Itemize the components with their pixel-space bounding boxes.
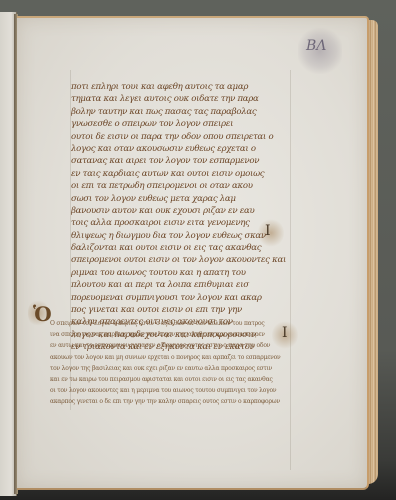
text-line: οι επι τα πετρωδη σπειρομενοι οι οταν ακ… <box>71 180 287 192</box>
decorated-initial: Ὁ <box>33 302 52 326</box>
commentary-line: και εν τω καιρω του πειρασμου αφισταται … <box>50 374 290 385</box>
text-line: δαλιζονται και ουτοι εισιν οι εις τας ακ… <box>71 242 287 254</box>
text-line: πορευομεναι συμπνιγουσι τον λογον και ακ… <box>71 292 287 304</box>
text-line: εν ταις καρδιαις αυτων και ουτοι εισιν ο… <box>71 168 287 180</box>
text-line: ουτοι δε εισιν οι παρα την οδον οπου σπε… <box>71 131 287 143</box>
text-line: πλουτου και αι περι τα λοιπα επιθυμιαι ε… <box>71 279 287 291</box>
stamp-mark: ΒΛ <box>306 38 326 54</box>
text-line: βολην ταυτην και πως πασας τας παραβολας <box>71 106 287 118</box>
text-line: ριμναι του αιωνος τουτου και η απατη του <box>71 267 287 279</box>
text-line: γνωσεσθε ο σπειρων τον λογον σπειρει <box>71 118 287 130</box>
commentary-line: τον λογον της βασιλειας και ουκ εχει ριζ… <box>50 363 290 374</box>
commentary-line: ακαρπος γινεται ο δε επι την γην την καλ… <box>50 396 290 407</box>
text-line: τοις αλλα προσκαιροι εισιν ειτα γενομενη… <box>71 217 287 229</box>
text-line: ποτι επληρι τουι και αφεθη αυτοις τα αμα… <box>71 81 287 93</box>
commentary-line: ινα σπειρη εις τας καρδιας ημων τον λογο… <box>50 329 290 340</box>
text-line: σωσι τον λογον ευθεως μετα χαρας λαμ <box>71 193 287 205</box>
commentary-line: Ο σπειρων τον λογον ο κυριος εστιν ο εξε… <box>50 318 290 329</box>
commentary-block: Ο σπειρων τον λογον ο κυριος εστιν ο εξε… <box>50 318 290 408</box>
text-line: σατανας και αιρει τον λογον τον εσπαρμεν… <box>71 155 287 167</box>
text-line: σπειρομενοι ουτοι εισιν οι τον λογον ακο… <box>71 254 287 266</box>
text-line: λογος και οταν ακουσωσιν ευθεως ερχεται … <box>71 143 287 155</box>
commentary-line: οι τον λογον ακουοντες και η μεριμνα του… <box>50 385 290 396</box>
text-line: τηματα και λεγει αυτοις ουκ οιδατε την π… <box>71 93 287 105</box>
text-line: βανουσιν αυτον και ουκ εχουσι ριζαν εν ε… <box>71 205 287 217</box>
text-line: θλιψεως η διωγμου δια τον λογον ευθεως σ… <box>71 230 287 242</box>
text-line: πος γινεται και ουτοι εισιν οι επι την γ… <box>71 304 287 316</box>
commentary-line: εν αυτω και το εσπαρμενον ηρπασεν ο πονη… <box>50 340 290 351</box>
main-text-column: ποτι επληρι τουι και αφεθη αυτοις τα αμα… <box>71 81 287 354</box>
commentary-line: ακουων τον λογον και μη συνιων ερχεται ο… <box>50 352 290 363</box>
ruling-line-right <box>290 70 291 470</box>
